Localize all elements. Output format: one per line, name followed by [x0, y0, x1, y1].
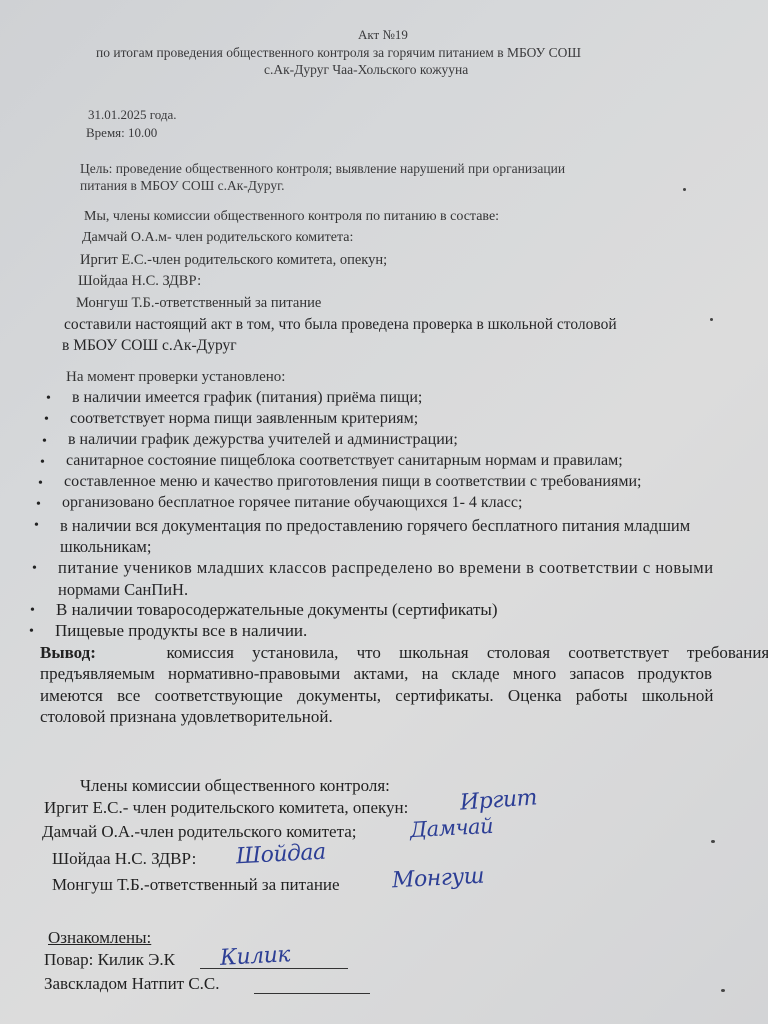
finding-item: в наличии имеется график (питания) приём…: [72, 389, 422, 407]
goal-line1: Цель: проведение общественного контроля;…: [80, 161, 565, 177]
act-subtitle-line2: с.Ак-Дуруг Чаа-Хольского кожууна: [264, 61, 468, 79]
act-subtitle-line1: по итогам проведения общественного контр…: [96, 44, 581, 62]
signatures-heading: Члены комиссии общественного контроля:: [80, 776, 390, 796]
finding-item: составленное меню и качество приготовлен…: [64, 473, 641, 491]
finding-item: в наличии вся документация по предоставл…: [60, 516, 690, 536]
signature-line: [254, 993, 370, 994]
bullet-icon: •: [32, 561, 37, 577]
finding-item: В наличии товаросодержательные документы…: [56, 600, 498, 620]
bullet-icon: •: [29, 624, 34, 640]
acknowledged-role: Повар: Килик Э.К: [44, 950, 175, 970]
signatory-role: Шойдаа Н.С. ЗДВР:: [52, 849, 196, 869]
conclusion-label: Вывод:: [40, 643, 96, 663]
finding-item: в наличии график дежурства учителей и ад…: [68, 431, 458, 449]
conclusion-line3: имеются все соответствующие документы, с…: [40, 686, 714, 706]
statement-line2: в МБОУ СОШ с.Ак-Дуруг: [62, 337, 237, 355]
conclusion-line1: Вывод: комиссия установила, что школьная…: [40, 643, 768, 663]
commission-intro: Мы, члены комиссии общественного контрол…: [84, 209, 499, 225]
bullet-icon: •: [38, 476, 43, 492]
commission-member: Монгуш Т.Б.-ответственный за питание: [76, 295, 321, 312]
bullet-icon: •: [44, 412, 49, 428]
paper-speck: [711, 840, 715, 843]
act-title: Акт №19: [358, 26, 408, 44]
signatory-role: Монгуш Т.Б.-ответственный за питание: [52, 875, 340, 895]
acknowledged-role: Завскладом Натпит С.С.: [44, 974, 220, 994]
conclusion-text: комиссия установила, что школьная столов…: [166, 643, 768, 663]
signatory-role: Иргит Е.С.- член родительского комитета,…: [44, 798, 408, 818]
act-time: Время: 10.00: [86, 125, 157, 141]
finding-item: Пищевые продукты все в наличии.: [55, 621, 307, 641]
conclusion-line4: столовой признана удовлетворительной.: [40, 707, 333, 727]
statement-line1: составили настоящий акт в том, что была …: [64, 316, 617, 334]
bullet-icon: •: [42, 434, 47, 450]
paper-speck: [710, 318, 713, 321]
findings-heading: На момент проверки установлено:: [66, 369, 285, 386]
bullet-icon: •: [30, 603, 35, 619]
handwritten-signature: Монгуш: [391, 864, 484, 894]
handwritten-signature: Иргит: [459, 785, 537, 815]
handwritten-signature: Шойдаа: [235, 840, 326, 870]
finding-item-continued: школьникам;: [60, 537, 151, 557]
acknowledged-heading: Ознакомлены:: [48, 928, 151, 948]
conclusion-line2: предъявляемым нормативно-правовыми актам…: [40, 664, 712, 684]
bullet-icon: •: [40, 455, 45, 471]
commission-member: Дамчай О.А.м- член родительского комитет…: [82, 230, 353, 246]
handwritten-signature: Килик: [219, 942, 290, 971]
paper-speck: [683, 188, 686, 191]
goal-line2: питания в МБОУ СОШ с.Ак-Дуруг.: [80, 178, 284, 194]
bullet-icon: •: [34, 518, 39, 534]
bullet-icon: •: [46, 391, 51, 407]
commission-member: Шойдаа Н.С. ЗДВР:: [78, 273, 201, 290]
document-photo: Акт №19 по итогам проведения общественно…: [0, 0, 768, 1024]
signatory-role: Дамчай О.А.-член родительского комитета;: [42, 822, 357, 842]
act-date: 31.01.2025 года.: [88, 107, 177, 123]
finding-item: организовано бесплатное горячее питание …: [62, 494, 522, 512]
paper-speck: [721, 989, 725, 992]
finding-item-continued: нормами СанПиН.: [58, 580, 188, 600]
finding-item: санитарное состояние пищеблока соответст…: [66, 452, 623, 470]
finding-item: питание учеников младших классов распред…: [58, 558, 714, 578]
handwritten-signature: Дамчай: [409, 814, 493, 842]
commission-member: Иргит Е.С.-член родительского комитета, …: [80, 252, 387, 269]
bullet-icon: •: [36, 497, 41, 513]
finding-item: соответствует норма пищи заявленным крит…: [70, 410, 418, 428]
